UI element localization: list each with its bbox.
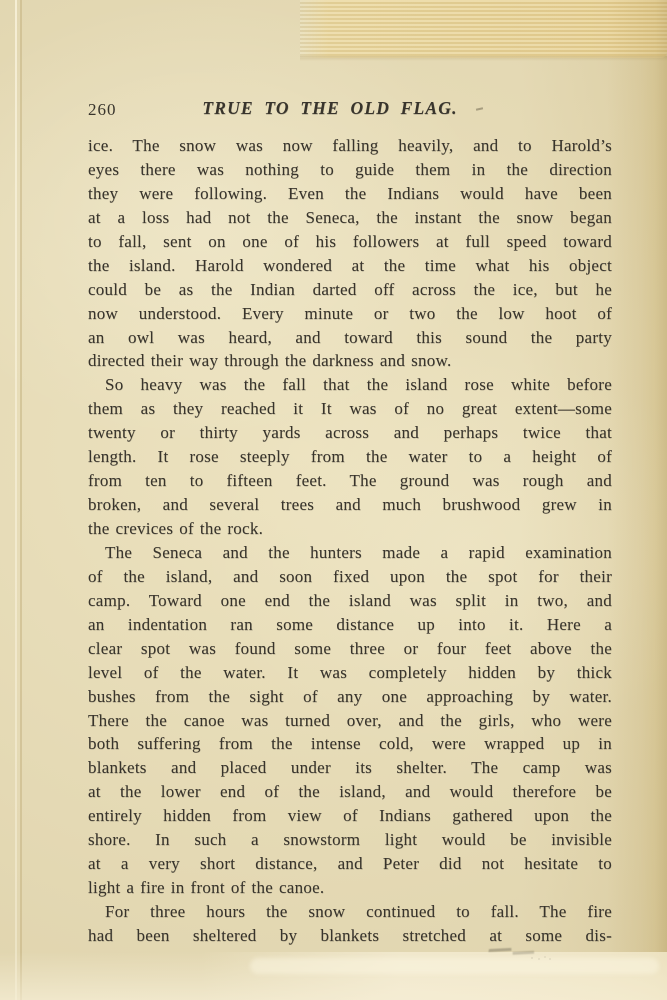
text-line: at the lower end of the island, and woul… xyxy=(88,780,612,804)
page-header: 260 TRUE TO THE OLD FLAG. xyxy=(88,98,612,124)
body-text: ice. The snow was now falling heavily, a… xyxy=(88,134,612,948)
text-line: camp. Toward one end the island was spli… xyxy=(88,589,612,613)
text-line: from ten to fifteen feet. The ground was… xyxy=(88,469,612,493)
paragraph: So heavy was the fall that the island ro… xyxy=(88,373,612,541)
pencil-smudge-dots xyxy=(529,955,553,961)
text-line: clear spot was found some three or four … xyxy=(88,637,612,661)
text-line: ice. The snow was now falling heavily, a… xyxy=(88,134,612,158)
page-right-shading xyxy=(607,0,667,1000)
text-line: at a loss had not the Seneca, the instan… xyxy=(88,206,612,230)
text-line: bushes from the sight of any one approac… xyxy=(88,685,612,709)
text-line: blankets and placed under its shelter. T… xyxy=(88,756,612,780)
text-line: the crevices of the rock. xyxy=(88,517,612,541)
paragraph: For three hours the snow continued to fa… xyxy=(88,900,612,948)
text-line: eyes there was nothing to guide them in … xyxy=(88,158,612,182)
text-line: of the island, and soon fixed upon the s… xyxy=(88,565,612,589)
text-line: had been sheltered by blankets stretched… xyxy=(88,924,612,948)
paragraph: The Seneca and the hunters made a rapid … xyxy=(88,541,612,900)
text-line: broken, and several trees and much brush… xyxy=(88,493,612,517)
text-line: directed their way through the darkness … xyxy=(88,349,612,373)
paragraph: ice. The snow was now falling heavily, a… xyxy=(88,134,612,373)
book-page-photo: 260 TRUE TO THE OLD FLAG. ice. The snow … xyxy=(0,0,667,1000)
text-line: the island. Harold wondered at the time … xyxy=(88,254,612,278)
text-line: shore. In such a snowstorm light would b… xyxy=(88,828,612,852)
text-line: The Seneca and the hunters made a rapid … xyxy=(88,541,612,565)
book-spine-edge xyxy=(0,0,34,1000)
text-line: So heavy was the fall that the island ro… xyxy=(88,373,612,397)
text-line: length. It rose steeply from the water t… xyxy=(88,445,612,469)
text-line: an owl was heard, and toward this sound … xyxy=(88,326,612,350)
text-line: For three hours the snow continued to fa… xyxy=(88,900,612,924)
text-line: an indentation ran some distance up into… xyxy=(88,613,612,637)
text-line: both suffering from the intense cold, we… xyxy=(88,732,612,756)
text-line: to fall, sent on one of his followers at… xyxy=(88,230,612,254)
text-line: level of the water. It was completely hi… xyxy=(88,661,612,685)
text-line: twenty or thirty yards across and perhap… xyxy=(88,421,612,445)
text-line: light a fire in front of the canoe. xyxy=(88,876,612,900)
text-line: now understood. Every minute or two the … xyxy=(88,302,612,326)
text-line: could be as the Indian darted off across… xyxy=(88,278,612,302)
text-line: entirely hidden from view of Indians gat… xyxy=(88,804,612,828)
page-bottom-edge xyxy=(0,952,667,1000)
text-line: them as they reached it It was of no gre… xyxy=(88,397,612,421)
text-line: at a very short distance, and Peter did … xyxy=(88,852,612,876)
text-line: There the canoe was turned over, and the… xyxy=(88,709,612,733)
running-title: TRUE TO THE OLD FLAG. xyxy=(88,98,572,119)
text-line: they were following. Even the Indians wo… xyxy=(88,182,612,206)
